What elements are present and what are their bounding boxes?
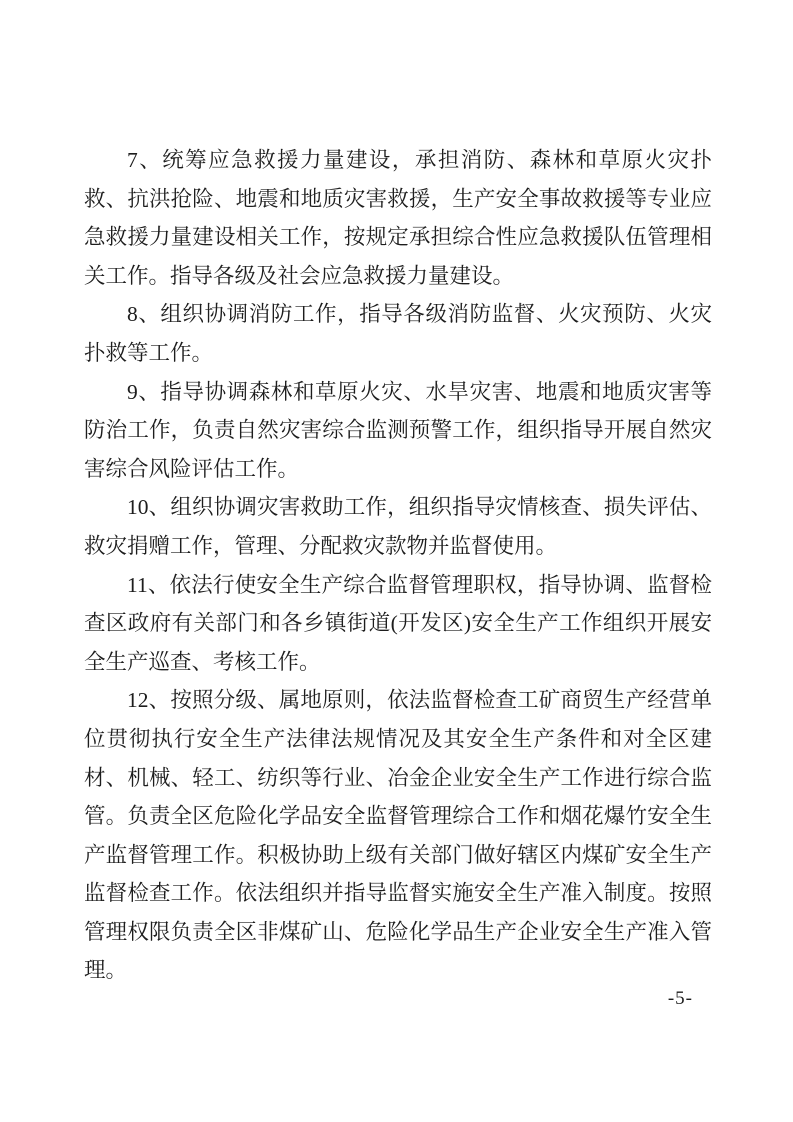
paragraph-item-12: 12、按照分级、属地原则，依法监督检查工矿商贸生产经营单位贯彻执行安全生产法律法…	[84, 681, 712, 990]
paragraph-item-7: 7、统筹应急救援力量建设，承担消防、森林和草原火灾扑救、抗洪抢险、地震和地质灾害…	[84, 141, 712, 295]
paragraph-item-10: 10、组织协调灾害救助工作，组织指导灾情核查、损失评估、救灾捐赠工作，管理、分配…	[84, 488, 712, 565]
paragraph-item-8: 8、组织协调消防工作，指导各级消防监督、火灾预防、火灾扑救等工作。	[84, 295, 712, 372]
document-body: 7、统筹应急救援力量建设，承担消防、森林和草原火灾扑救、抗洪抢险、地震和地质灾害…	[84, 141, 712, 990]
document-page: 7、统筹应急救援力量建设，承担消防、森林和草原火灾扑救、抗洪抢险、地震和地质灾害…	[0, 0, 793, 1122]
paragraph-item-11: 11、依法行使安全生产综合监督管理职权，指导协调、监督检查区政府有关部门和各乡镇…	[84, 566, 712, 682]
paragraph-item-9: 9、指导协调森林和草原火灾、水旱灾害、地震和地质灾害等防治工作，负责自然灾害综合…	[84, 373, 712, 489]
page-number: -5-	[668, 988, 693, 1010]
